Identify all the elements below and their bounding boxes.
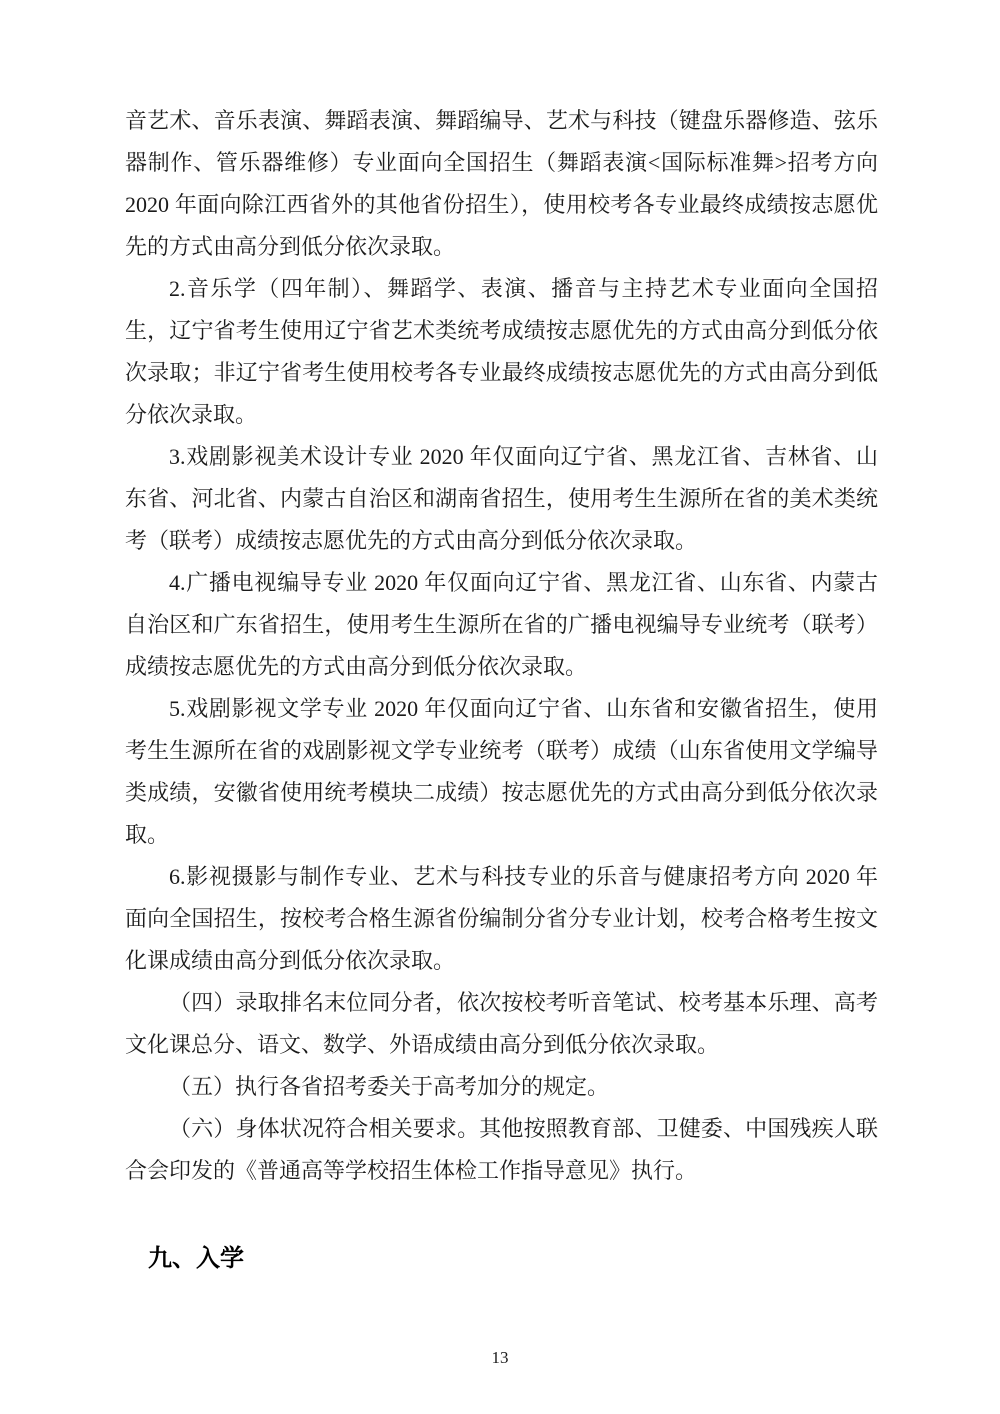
body-paragraph-continuation: 音艺术、音乐表演、舞蹈表演、舞蹈编导、艺术与科技（键盘乐器修造、弦乐器制作、管乐… — [125, 100, 878, 268]
body-paragraph-item-6: 6.影视摄影与制作专业、艺术与科技专业的乐音与健康招考方向 2020 年面向全国… — [125, 856, 878, 982]
body-paragraph-item-5: 5.戏剧影视文学专业 2020 年仅面向辽宁省、山东省和安徽省招生，使用考生生源… — [125, 688, 878, 856]
body-paragraph-item-4: 4.广播电视编导专业 2020 年仅面向辽宁省、黑龙江省、山东省、内蒙古自治区和… — [125, 562, 878, 688]
body-paragraph-item-2: 2.音乐学（四年制）、舞蹈学、表演、播音与主持艺术专业面向全国招生，辽宁省考生使… — [125, 268, 878, 436]
body-paragraph-item-3: 3.戏剧影视美术设计专业 2020 年仅面向辽宁省、黑龙江省、吉林省、山东省、河… — [125, 436, 878, 562]
page-number: 13 — [0, 1348, 1000, 1368]
body-paragraph-clause-5: （五）执行各省招考委关于高考加分的规定。 — [125, 1066, 878, 1108]
document-page: 音艺术、音乐表演、舞蹈表演、舞蹈编导、艺术与科技（键盘乐器修造、弦乐器制作、管乐… — [0, 0, 1000, 1414]
body-paragraph-clause-6: （六）身体状况符合相关要求。其他按照教育部、卫健委、中国残疾人联合会印发的《普通… — [125, 1108, 878, 1192]
document-body: 音艺术、音乐表演、舞蹈表演、舞蹈编导、艺术与科技（键盘乐器修造、弦乐器制作、管乐… — [125, 100, 878, 1274]
section-heading: 九、入学 — [148, 1244, 878, 1274]
body-paragraph-clause-4: （四）录取排名末位同分者，依次按校考听音笔试、校考基本乐理、高考文化课总分、语文… — [125, 982, 878, 1066]
